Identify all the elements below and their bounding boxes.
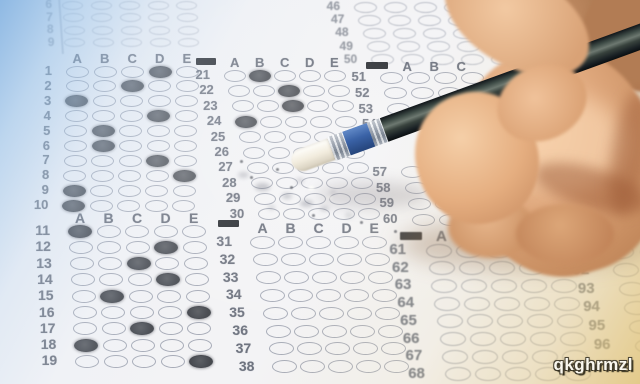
- answer-block-questions-21-30: ABCDE21222324252627282930: [0, 0, 640, 384]
- answer-bubble: [318, 147, 340, 159]
- answer-bubble-filled: [127, 257, 151, 270]
- answer-bubble: [445, 119, 468, 131]
- answer-bubble: [505, 367, 531, 381]
- question-number: 32: [213, 252, 235, 266]
- question-number: 58: [371, 181, 391, 194]
- answer-bubble: [293, 147, 315, 159]
- answer-bubble: [411, 87, 434, 99]
- answer-bubble: [101, 306, 125, 319]
- answer-bubble: [384, 2, 407, 13]
- answer-bubble: [243, 147, 265, 159]
- answer-bubble: [414, 2, 437, 13]
- answer-bubble: [97, 241, 121, 254]
- timing-mark: [218, 220, 239, 227]
- question-number: 50: [337, 53, 357, 65]
- question-number: 5: [30, 124, 50, 137]
- answer-bubble: [72, 290, 96, 303]
- question-number: 11: [30, 223, 50, 237]
- answer-bubble: [546, 244, 572, 258]
- question-number: 26: [207, 145, 229, 158]
- answer-bubble: [73, 306, 97, 319]
- answer-bubble: [125, 225, 149, 238]
- answer-bubble: [371, 54, 394, 65]
- question-number: 7: [39, 11, 53, 23]
- answer-bubble-filled: [92, 125, 115, 137]
- answer-bubble: [121, 26, 142, 35]
- answer-bubble: [92, 110, 115, 122]
- answer-bubble: [175, 95, 198, 107]
- answer-bubble: [362, 236, 387, 249]
- answer-bubble: [324, 70, 346, 82]
- answer-bubble-filled: [156, 273, 180, 286]
- answer-bubble: [418, 15, 441, 26]
- question-number: 9: [40, 36, 54, 48]
- photo-canvas: 6789ABCDE12345678910ABCDE111213141516171…: [0, 0, 640, 384]
- answer-bubble: [176, 66, 199, 78]
- answer-bubble: [66, 80, 89, 92]
- answer-bubble: [186, 290, 210, 303]
- answer-bubble: [489, 198, 512, 210]
- answer-bubble: [120, 13, 141, 22]
- answer-bubble: [387, 103, 410, 115]
- column-header-letter: A: [73, 52, 82, 65]
- answer-bubble: [426, 244, 452, 258]
- answer-bubble: [470, 332, 496, 346]
- answer-bubble: [437, 314, 463, 328]
- question-number: 23: [196, 99, 218, 112]
- answer-bubble: [337, 253, 362, 266]
- answer-bubble: [119, 155, 142, 167]
- answer-bubble: [266, 325, 291, 338]
- answer-bubble: [434, 72, 457, 84]
- answer-bubble: [103, 339, 127, 352]
- answer-bubble: [516, 198, 539, 210]
- answer-bubble: [297, 342, 322, 355]
- answer-bubble: [300, 360, 325, 373]
- answer-bubble: [92, 26, 113, 35]
- answer-bubble: [148, 95, 171, 107]
- answer-bubble: [98, 257, 122, 270]
- answer-bubble: [499, 119, 522, 131]
- answer-bubble: [182, 225, 206, 238]
- question-number: 92: [567, 262, 589, 277]
- answer-bubble-filled: [147, 110, 170, 122]
- answer-bubble: [150, 38, 171, 47]
- answer-bubble: [272, 360, 297, 373]
- answer-bubble: [322, 325, 347, 338]
- answer-bubble: [381, 342, 406, 355]
- answer-bubble: [104, 355, 128, 368]
- answer-bubble: [461, 72, 484, 84]
- question-number: 3: [31, 94, 51, 107]
- answer-bubble: [147, 125, 170, 137]
- question-number: 25: [203, 130, 225, 143]
- answer-bubble: [488, 72, 511, 84]
- answer-bubble: [279, 193, 301, 205]
- answer-bubble: [148, 1, 169, 10]
- question-number: 19: [37, 353, 57, 367]
- question-number: 36: [226, 323, 248, 337]
- answer-bubble-filled: [62, 200, 85, 212]
- answer-bubble: [288, 289, 313, 302]
- question-number: 57: [367, 165, 387, 178]
- answer-block-questions-31-38: ABCDE3132333435363738: [0, 0, 640, 384]
- answer-bubble: [278, 236, 303, 249]
- question-number: 95: [583, 318, 605, 333]
- question-number: 96: [589, 337, 611, 352]
- answer-bubble: [148, 80, 171, 92]
- question-number: 33: [216, 270, 238, 284]
- question-number: 6: [30, 139, 50, 152]
- answer-bubble: [99, 273, 123, 286]
- answer-bubble-filled: [154, 241, 178, 254]
- answer-bubble: [497, 314, 523, 328]
- answer-bubble: [482, 166, 505, 178]
- answer-bubble: [121, 66, 144, 78]
- answer-bubble: [448, 15, 471, 26]
- answer-bubble: [475, 367, 501, 381]
- answer-bubble: [272, 162, 294, 174]
- answer-bubble: [119, 1, 140, 10]
- answer-bubble: [155, 257, 179, 270]
- answer-bubble: [461, 279, 487, 293]
- answer-bubble: [130, 306, 154, 319]
- answer-bubble: [316, 289, 341, 302]
- column-header-letter: C: [280, 56, 289, 69]
- answer-bubble: [551, 279, 577, 293]
- column-header-letter: E: [330, 56, 339, 69]
- answer-bubble: [269, 342, 294, 355]
- question-number: 24: [199, 114, 221, 127]
- column-header-letter: B: [100, 52, 109, 65]
- answer-bubble: [372, 289, 397, 302]
- answer-bubble: [486, 182, 509, 194]
- answer-block-partial-rows-top-left: 6789: [0, 0, 640, 384]
- answer-bubble: [530, 332, 556, 346]
- answer-bubble: [502, 350, 528, 364]
- answer-bubble: [423, 28, 446, 39]
- answer-bubble: [172, 200, 195, 212]
- answer-bubble: [147, 140, 170, 152]
- answer-bubble-filled: [189, 355, 213, 368]
- answer-bubble: [176, 80, 199, 92]
- answer-bubble: [276, 177, 298, 189]
- answer-bubble: [239, 131, 261, 143]
- answer-bubble-filled: [282, 100, 304, 112]
- question-number: 37: [229, 341, 251, 355]
- answer-bubble: [64, 125, 87, 137]
- column-header-letter: D: [305, 56, 314, 69]
- answer-bubble: [462, 198, 485, 210]
- answer-bubble: [472, 350, 498, 364]
- answer-bubble: [251, 177, 273, 189]
- answer-bubble: [401, 54, 424, 65]
- question-number: 27: [211, 160, 233, 173]
- answer-bubble: [397, 41, 420, 52]
- answer-bubble: [90, 200, 113, 212]
- answer-bubble-filled: [121, 80, 144, 92]
- answer-bubble: [304, 193, 326, 205]
- answer-bubble: [64, 38, 85, 47]
- answer-bubble: [263, 307, 288, 320]
- timing-mark: [400, 232, 422, 240]
- answer-bubble: [619, 282, 640, 296]
- column-header-letter: C: [457, 60, 466, 73]
- answer-bubble: [358, 208, 380, 220]
- answer-bubble: [459, 182, 482, 194]
- question-number: 53: [353, 102, 373, 115]
- answer-bubble: [441, 103, 464, 115]
- answer-bubble: [513, 182, 536, 194]
- answer-bubble: [102, 322, 126, 335]
- answer-bubble: [492, 87, 515, 99]
- answer-bubble: [453, 28, 476, 39]
- answer-bubble: [319, 307, 344, 320]
- answer-bubble: [71, 273, 95, 286]
- answer-bubble: [174, 125, 197, 137]
- answer-bubble: [520, 214, 543, 226]
- answer-bubble: [97, 225, 121, 238]
- answer-bubble: [254, 193, 276, 205]
- column-header-letter: B: [466, 229, 477, 244]
- answer-bubble: [126, 241, 150, 254]
- answer-bubble: [178, 38, 199, 47]
- answer-bubble: [439, 214, 462, 226]
- answer-bubble: [440, 332, 466, 346]
- question-number: 62: [385, 260, 409, 275]
- question-number: 94: [578, 299, 600, 314]
- answer-bubble: [118, 185, 141, 197]
- answer-block-questions-46-50: 4647484950: [0, 0, 640, 384]
- answer-bubble: [129, 290, 153, 303]
- answer-bubble: [407, 72, 430, 84]
- question-number: 51: [346, 70, 366, 83]
- answer-bubble: [177, 13, 198, 22]
- answer-bubble: [93, 95, 116, 107]
- answer-bubble: [148, 13, 169, 22]
- answer-bubble: [464, 297, 490, 311]
- question-number: 8: [40, 23, 54, 35]
- question-number: 28: [215, 176, 237, 189]
- column-header-letter: B: [286, 221, 296, 235]
- answer-bubble: [312, 271, 337, 284]
- answer-bubble: [429, 261, 455, 275]
- answer-bubble: [329, 193, 351, 205]
- question-number: 16: [35, 305, 55, 319]
- answer-bubble: [401, 166, 424, 178]
- column-header-letter: B: [430, 60, 439, 73]
- answer-bubble: [427, 41, 450, 52]
- answer-bubble: [310, 116, 332, 128]
- question-number: 10: [28, 198, 48, 211]
- answer-bubble: [442, 350, 468, 364]
- answer-bubble-filled: [68, 225, 92, 238]
- answer-bubble: [303, 85, 325, 97]
- answer-bubble-filled: [92, 140, 115, 152]
- answer-bubble: [260, 116, 282, 128]
- question-number: 48: [329, 26, 349, 38]
- answer-bubble: [356, 360, 381, 373]
- question-number: 12: [31, 239, 51, 253]
- answer-bubble: [527, 314, 553, 328]
- answer-bubble: [412, 214, 435, 226]
- answer-bubble: [93, 38, 114, 47]
- answer-bubble: [635, 339, 640, 353]
- answer-bubble: [66, 66, 89, 78]
- answer-bubble: [624, 301, 640, 315]
- question-number: 60: [378, 212, 398, 225]
- answer-bubble: [121, 38, 142, 47]
- answer-bubble: [184, 257, 208, 270]
- answer-bubble-filled: [63, 185, 86, 197]
- answer-bubble: [343, 147, 365, 159]
- question-number: 34: [220, 287, 242, 301]
- answer-bubble: [384, 360, 409, 373]
- answer-bubble: [253, 253, 278, 266]
- answer-bubble: [521, 279, 547, 293]
- answer-bubble: [489, 261, 515, 275]
- answer-bubble: [354, 193, 376, 205]
- question-number: 63: [387, 277, 411, 292]
- answer-bubble: [486, 244, 512, 258]
- question-number: 15: [34, 288, 54, 302]
- answer-bubble: [328, 360, 353, 373]
- answer-bubble-filled: [146, 155, 169, 167]
- answer-bubble: [63, 170, 86, 182]
- answer-bubble: [378, 325, 403, 338]
- question-number: 54: [357, 117, 377, 130]
- question-number: 65: [393, 313, 417, 328]
- answer-bubble-filled: [235, 116, 257, 128]
- answer-bubble: [260, 289, 285, 302]
- answer-bubble: [465, 87, 488, 99]
- answer-bubble: [178, 26, 199, 35]
- question-number: 64: [390, 295, 414, 310]
- answer-bubble: [375, 307, 400, 320]
- question-number: 66: [396, 331, 420, 346]
- answer-bubble: [224, 70, 246, 82]
- answer-bubble: [322, 162, 344, 174]
- answer-bubble: [509, 166, 532, 178]
- question-number: 30: [222, 207, 244, 220]
- answer-bubble: [299, 70, 321, 82]
- answer-bubble: [70, 257, 94, 270]
- answer-bubble: [93, 80, 116, 92]
- question-number: 4: [31, 109, 51, 122]
- answer-bubble-filled: [187, 306, 211, 319]
- answer-bubble: [257, 100, 279, 112]
- column-header-letter: E: [183, 52, 192, 65]
- answer-bubble: [500, 332, 526, 346]
- answer-bubble: [474, 2, 497, 13]
- answer-bubble: [120, 110, 143, 122]
- answer-bubble: [629, 320, 640, 334]
- column-header-letter: C: [314, 221, 324, 235]
- question-number: 2: [32, 79, 52, 92]
- answer-bubble: [91, 170, 114, 182]
- column-header-letter: C: [128, 52, 137, 65]
- answer-bubble: [445, 367, 471, 381]
- answer-bubble: [62, 1, 83, 10]
- answer-bubble: [388, 15, 411, 26]
- answer-bubble: [64, 140, 87, 152]
- answer-bubble: [258, 208, 280, 220]
- answer-bubble: [380, 72, 403, 84]
- column-header-letter: C: [496, 229, 507, 244]
- answer-bubble: [549, 261, 575, 275]
- answer-bubble: [131, 339, 155, 352]
- answer-bubble: [294, 325, 319, 338]
- answer-bubble: [232, 100, 254, 112]
- answer-bubble: [268, 147, 290, 159]
- question-number: 21: [188, 68, 210, 81]
- answer-bubble: [284, 271, 309, 284]
- question-number: 6: [38, 0, 52, 10]
- question-number: 91: [562, 243, 584, 258]
- answer-bubble: [65, 110, 88, 122]
- answer-bubble: [466, 214, 489, 226]
- answer-bubble: [438, 87, 461, 99]
- question-number: 46: [320, 0, 340, 12]
- answer-bubble: [478, 15, 501, 26]
- answer-bubble: [306, 236, 331, 249]
- answer-bubble: [487, 41, 510, 52]
- answer-bubble: [428, 166, 451, 178]
- question-number: 7: [30, 153, 50, 166]
- answer-bubble: [393, 28, 416, 39]
- question-number: 35: [223, 305, 245, 319]
- answer-bubble: [91, 1, 112, 10]
- answer-bubble: [408, 198, 431, 210]
- answer-bubble: [73, 322, 97, 335]
- answer-bubble: [146, 170, 169, 182]
- answer-bubble: [516, 244, 542, 258]
- answer-bubble: [176, 1, 197, 10]
- column-header-letter: B: [255, 56, 264, 69]
- answer-bubble: [332, 100, 354, 112]
- question-number: 18: [36, 337, 56, 351]
- answer-bubble: [391, 119, 414, 131]
- answer-bubble: [90, 185, 113, 197]
- answer-bubble: [461, 54, 484, 65]
- answer-bubble: [228, 85, 250, 97]
- answer-bubble-filled: [130, 322, 154, 335]
- answer-bubble: [350, 325, 375, 338]
- timing-mark: [366, 62, 388, 69]
- answer-bubble: [154, 225, 178, 238]
- answer-bubble: [554, 297, 580, 311]
- answer-bubble: [253, 85, 275, 97]
- answer-bubble: [351, 177, 373, 189]
- answer-bubble: [158, 306, 182, 319]
- question-number: 17: [35, 321, 55, 335]
- question-number: 22: [192, 83, 214, 96]
- column-header-letter: A: [75, 211, 85, 225]
- section-divider-line: [58, 0, 63, 54]
- answer-bubble: [185, 273, 209, 286]
- answer-bubble: [63, 13, 84, 22]
- column-header-letter: A: [230, 56, 239, 69]
- answer-bubble: [432, 182, 455, 194]
- question-number: 68: [401, 366, 425, 381]
- answer-bubble: [457, 41, 480, 52]
- answer-bubble: [368, 271, 393, 284]
- question-number: 9: [29, 183, 49, 196]
- answer-bubble: [301, 177, 323, 189]
- answer-bubble: [285, 116, 307, 128]
- answer-bubble: [334, 236, 359, 249]
- column-header-letter: D: [155, 52, 164, 65]
